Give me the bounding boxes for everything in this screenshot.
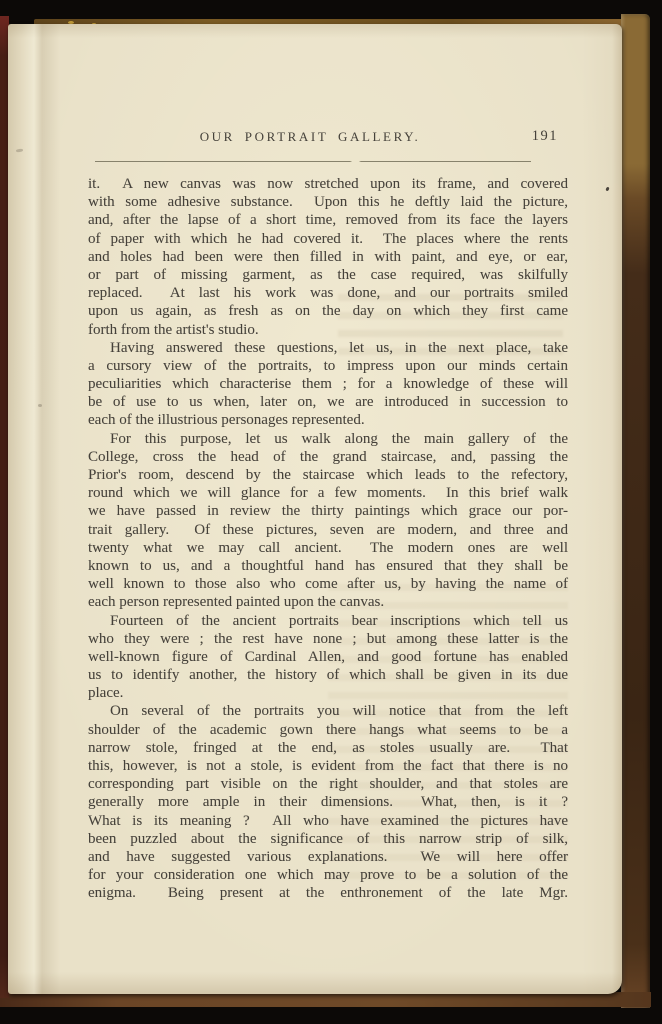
text-line: place. bbox=[88, 684, 568, 702]
text-line: round which we will glance for a few mom… bbox=[88, 484, 568, 502]
text-line: For this purpose, let us walk along the … bbox=[88, 430, 568, 448]
scanned-book-photo: OUR PORTRAIT GALLERY. 191 it. A new canv… bbox=[0, 0, 662, 1024]
page-header: OUR PORTRAIT GALLERY. 191 bbox=[88, 129, 568, 147]
text-line: each of the illustrious personages repre… bbox=[88, 411, 568, 429]
running-title: OUR PORTRAIT GALLERY. bbox=[88, 129, 568, 145]
text-line: this, however, is not a stole, is eviden… bbox=[88, 757, 568, 775]
book-cover-bottom-edge bbox=[0, 992, 651, 1007]
text-line: with some adhesive substance. Upon this … bbox=[88, 193, 568, 211]
text-line: and holes had been were then filled in w… bbox=[88, 248, 568, 266]
text-line: replaced. At last his work was done, and… bbox=[88, 284, 568, 302]
text-line: of paper with which he had covered it. T… bbox=[88, 230, 568, 248]
text-line: College, cross the head of the grand sta… bbox=[88, 448, 568, 466]
text-line: been puzzled about the significance of t… bbox=[88, 830, 568, 848]
text-line: enigma. Being present at the enthronemen… bbox=[88, 884, 568, 902]
text-line: shoulder of the academic gown there hang… bbox=[88, 721, 568, 739]
text-line: forth from the artist's studio. bbox=[88, 321, 568, 339]
text-line: corresponding part visible on the right … bbox=[88, 775, 568, 793]
text-line: Having answered these questions, let us,… bbox=[88, 339, 568, 357]
text-line: and, after the lapse of a short time, re… bbox=[88, 211, 568, 229]
page-body: it. A new canvas was now stretched upon … bbox=[88, 175, 568, 903]
text-line: narrow stole, fringed at the end, as sto… bbox=[88, 739, 568, 757]
text-line: us to identify another, the history of w… bbox=[88, 666, 568, 684]
text-line: a cursory view of the portraits, to impr… bbox=[88, 357, 568, 375]
book-page: OUR PORTRAIT GALLERY. 191 it. A new canv… bbox=[8, 24, 622, 994]
text-line: be of use to us when, later on, we are i… bbox=[88, 393, 568, 411]
text-line: On several of the portraits you will not… bbox=[88, 702, 568, 720]
text-line: well-known figure of Cardinal Allen, and… bbox=[88, 648, 568, 666]
text-line: it. A new canvas was now stretched upon … bbox=[88, 175, 568, 193]
text-line: twenty what we may call ancient. The mod… bbox=[88, 539, 568, 557]
text-line: peculiarities which characterise them ; … bbox=[88, 375, 568, 393]
text-line: or part of missing garment, as the case … bbox=[88, 266, 568, 284]
page-number: 191 bbox=[532, 128, 558, 145]
text-line: for your consideration one which may pro… bbox=[88, 866, 568, 884]
text-line: Fourteen of the ancient portraits bear i… bbox=[88, 612, 568, 630]
text-line: What is its meaning ? All who have exami… bbox=[88, 812, 568, 830]
header-rule bbox=[95, 161, 531, 162]
text-line: generally more ample in their dimensions… bbox=[88, 793, 568, 811]
book-cover-right-edge bbox=[621, 14, 650, 1008]
text-line: Prior's room, descend by the staircase w… bbox=[88, 466, 568, 484]
text-line: we have passed in review the thirty pain… bbox=[88, 502, 568, 520]
text-line: each person represented painted upon the… bbox=[88, 593, 568, 611]
ink-speck bbox=[16, 149, 23, 153]
text-line: well known to those also who come after … bbox=[88, 575, 568, 593]
text-line: and have suggested various explanations.… bbox=[88, 848, 568, 866]
text-line: who they were ; the rest have none ; but… bbox=[88, 630, 568, 648]
text-line: trait gallery. Of these pictures, seven … bbox=[88, 521, 568, 539]
text-line: known to us, and a thoughtful hand has e… bbox=[88, 557, 568, 575]
text-line: upon us again, as fresh as on the day on… bbox=[88, 302, 568, 320]
ink-speck bbox=[605, 187, 609, 192]
ink-speck bbox=[38, 404, 42, 407]
